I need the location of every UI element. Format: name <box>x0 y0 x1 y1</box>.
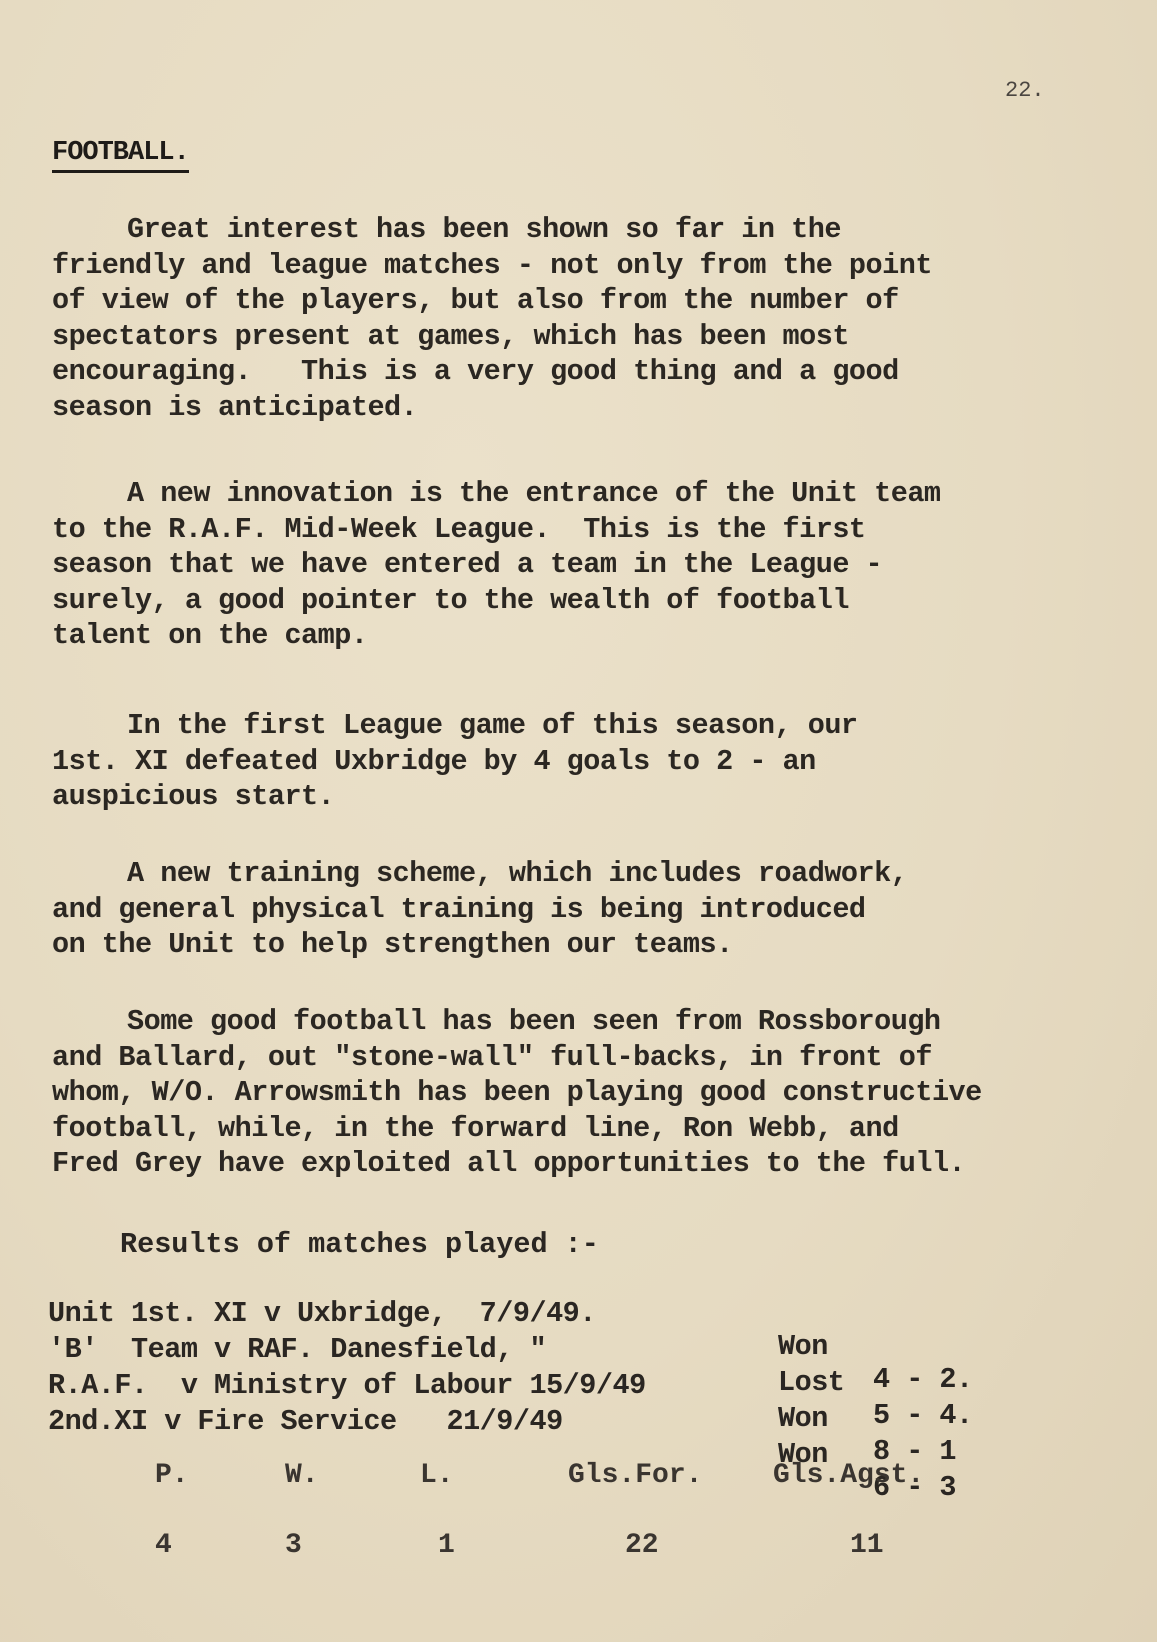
summary-header-won: W. <box>285 1460 319 1491</box>
summary-value-won: 3 <box>285 1530 302 1561</box>
result-match: 'B' Team v RAF. Danesfield, " <box>48 1333 546 1366</box>
paragraph-line: In the first League game of this season,… <box>52 708 858 744</box>
results-title: Results of matches played :- <box>120 1228 599 1261</box>
paragraph-line: A new training scheme, which includes ro… <box>52 856 907 892</box>
paragraph-line: spectators present at games, which has b… <box>52 319 932 355</box>
paragraph-line: Great interest has been shown so far in … <box>52 212 932 248</box>
summary-header-lost: L. <box>420 1460 454 1491</box>
paragraph-innovation: A new innovation is the entrance of the … <box>52 476 941 654</box>
paragraph-training: A new training scheme, which includes ro… <box>52 856 907 963</box>
page-number: 22. <box>1005 78 1045 103</box>
paragraph-line: and general physical training is being i… <box>52 892 907 928</box>
summary-value-played: 4 <box>155 1530 172 1561</box>
summary-header-goals-for: Gls.For. <box>568 1460 702 1491</box>
paragraph-line: to the R.A.F. Mid-Week League. This is t… <box>52 512 941 548</box>
paragraph-line: football, while, in the forward line, Ro… <box>52 1111 982 1147</box>
paragraph-line: friendly and league matches - not only f… <box>52 248 932 284</box>
summary-value-goals-against: 11 <box>850 1530 884 1561</box>
result-outcome: Lost <box>778 1366 844 1399</box>
paragraph-line: surely, a good pointer to the wealth of … <box>52 583 941 619</box>
paragraph-line: auspicious start. <box>52 779 858 815</box>
summary-header-played: P. <box>155 1460 189 1491</box>
paragraph-line: and Ballard, out "stone-wall" full-backs… <box>52 1040 982 1076</box>
paragraph-interest: Great interest has been shown so far in … <box>52 212 932 425</box>
result-row: 2nd.XI v Fire Service 21/9/49 Won 6 - 3 <box>48 1372 114 1537</box>
paragraph-first-league-game: In the first League game of this season,… <box>52 708 858 815</box>
summary-value-lost: 1 <box>438 1530 455 1561</box>
summary-value-goals-for: 22 <box>625 1530 659 1561</box>
result-outcome: Won <box>778 1330 828 1363</box>
paragraph-line: season is anticipated. <box>52 390 932 426</box>
paragraph-line: Fred Grey have exploited all opportuniti… <box>52 1146 982 1182</box>
paragraph-line: encouraging. This is a very good thing a… <box>52 354 932 390</box>
paragraph-line: A new innovation is the entrance of the … <box>52 476 941 512</box>
result-score: 4 - 2. <box>873 1363 973 1396</box>
document-page: 22. FOOTBALL. Great interest has been sh… <box>0 0 1157 1642</box>
paragraph-line: talent on the camp. <box>52 618 941 654</box>
result-score: 5 - 4. <box>873 1399 973 1432</box>
result-match: 2nd.XI v Fire Service 21/9/49 <box>48 1405 563 1438</box>
paragraph-line: season that we have entered a team in th… <box>52 547 941 583</box>
result-match: R.A.F. v Ministry of Labour 15/9/49 <box>48 1369 646 1402</box>
paragraph-players: Some good football has been seen from Ro… <box>52 1004 982 1182</box>
paragraph-line: 1st. XI defeated Uxbridge by 4 goals to … <box>52 744 858 780</box>
section-heading: FOOTBALL. <box>52 138 189 173</box>
result-outcome: Won <box>778 1402 828 1435</box>
paragraph-line: of view of the players, but also from th… <box>52 283 932 319</box>
paragraph-line: on the Unit to help strengthen our teams… <box>52 927 907 963</box>
paragraph-line: whom, W/O. Arrowsmith has been playing g… <box>52 1075 982 1111</box>
result-match: Unit 1st. XI v Uxbridge, 7/9/49. <box>48 1297 596 1330</box>
summary-header-goals-against: Gls.Agst. <box>773 1460 924 1491</box>
paragraph-line: Some good football has been seen from Ro… <box>52 1004 982 1040</box>
